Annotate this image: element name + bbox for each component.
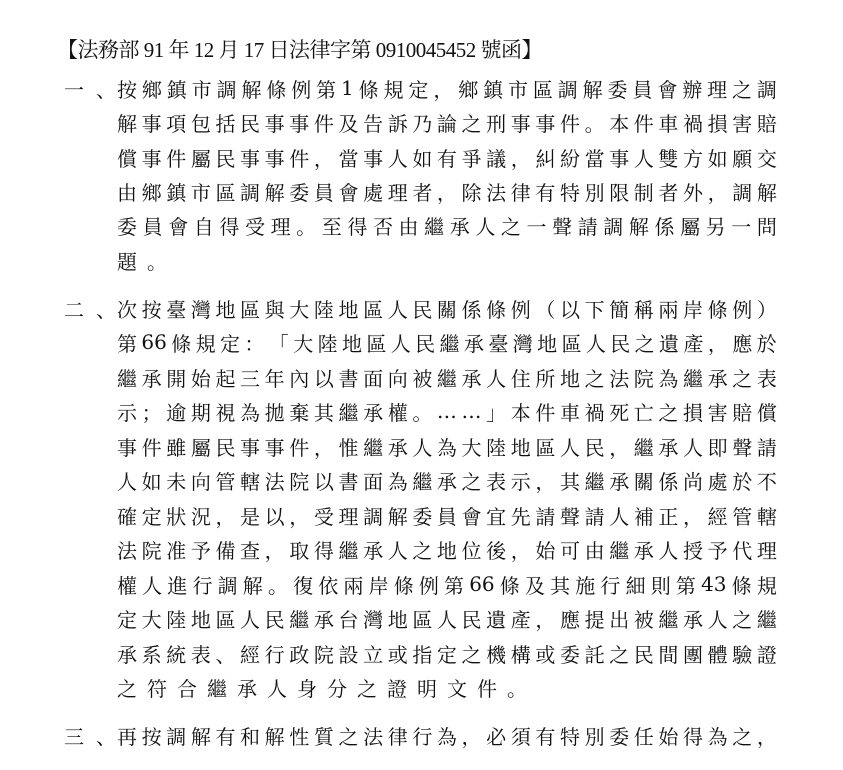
section-2-line: 事件雖屬民事事件，惟繼承人為大陸地區人民，繼承人即聲請 bbox=[117, 431, 777, 461]
section-2-line: 之符合繼承人身分之證明文件。 bbox=[117, 672, 777, 702]
section-2-line: 人如未向管轄法院以書面為繼承之表示，其繼承關係尚處於不 bbox=[117, 465, 777, 495]
section-1-line: 解事項包括民事事件及告訴乃論之刑事事件。本件車禍損害賠 bbox=[117, 107, 777, 137]
section-2-line: 法院准予備查，取得繼承人之地位後，始可由繼承人授予代理 bbox=[117, 534, 777, 564]
section-2-line: 示；逾期視為拋棄其繼承權。……」本件車禍死亡之損害賠償 bbox=[117, 396, 777, 426]
section-number-3: 三、 bbox=[64, 720, 116, 750]
section-2-line: 定大陸地區人民繼承台灣地區人民遺產，應提出被繼承人之繼 bbox=[117, 603, 777, 633]
section-number-2: 二、 bbox=[64, 293, 116, 323]
section-1-line: 委員會自得受理。至得否由繼承人之一聲請調解係屬另一問 bbox=[117, 210, 777, 240]
section-2-line: 次按臺灣地區與大陸地區人民關係條例（以下簡稱兩岸條例） bbox=[117, 293, 777, 323]
section-1-line: 按鄉鎮市調解條例第1條規定，鄉鎮市區調解委員會辦理之調 bbox=[117, 73, 777, 103]
section-2-line: 第66條規定：「大陸地區人民繼承臺灣地區人民之遺產，應於 bbox=[117, 327, 777, 357]
document-page: 【法務部 91 年 12 月 17 日法律字第 0910045452 號函】 一… bbox=[0, 0, 843, 770]
section-3-line: 再按調解有和解性質之法律行為，必須有特別委任始得為之， bbox=[117, 720, 777, 750]
section-1-line: 題。 bbox=[117, 245, 777, 275]
section-1-line: 由鄉鎮市區調解委員會處理者，除法律有特別限制者外，調解 bbox=[117, 176, 777, 206]
section-2-line: 承系統表、經行政院設立或指定之機構或委託之民間團體驗證 bbox=[117, 638, 777, 668]
section-number-1: 一、 bbox=[64, 73, 116, 103]
section-2-line: 確定狀況，是以，受理調解委員會宜先請聲請人補正，經管轄 bbox=[117, 500, 777, 530]
section-2-line: 權人進行調解。復依兩岸條例第66條及其施行細則第43條規 bbox=[117, 569, 777, 599]
section-2-line: 繼承開始起三年內以書面向被繼承人住所地之法院為繼承之表 bbox=[117, 362, 777, 392]
section-1-line: 償事件屬民事事件，當事人如有爭議，糾紛當事人雙方如願交 bbox=[117, 142, 777, 172]
document-header: 【法務部 91 年 12 月 17 日法律字第 0910045452 號函】 bbox=[57, 34, 542, 64]
